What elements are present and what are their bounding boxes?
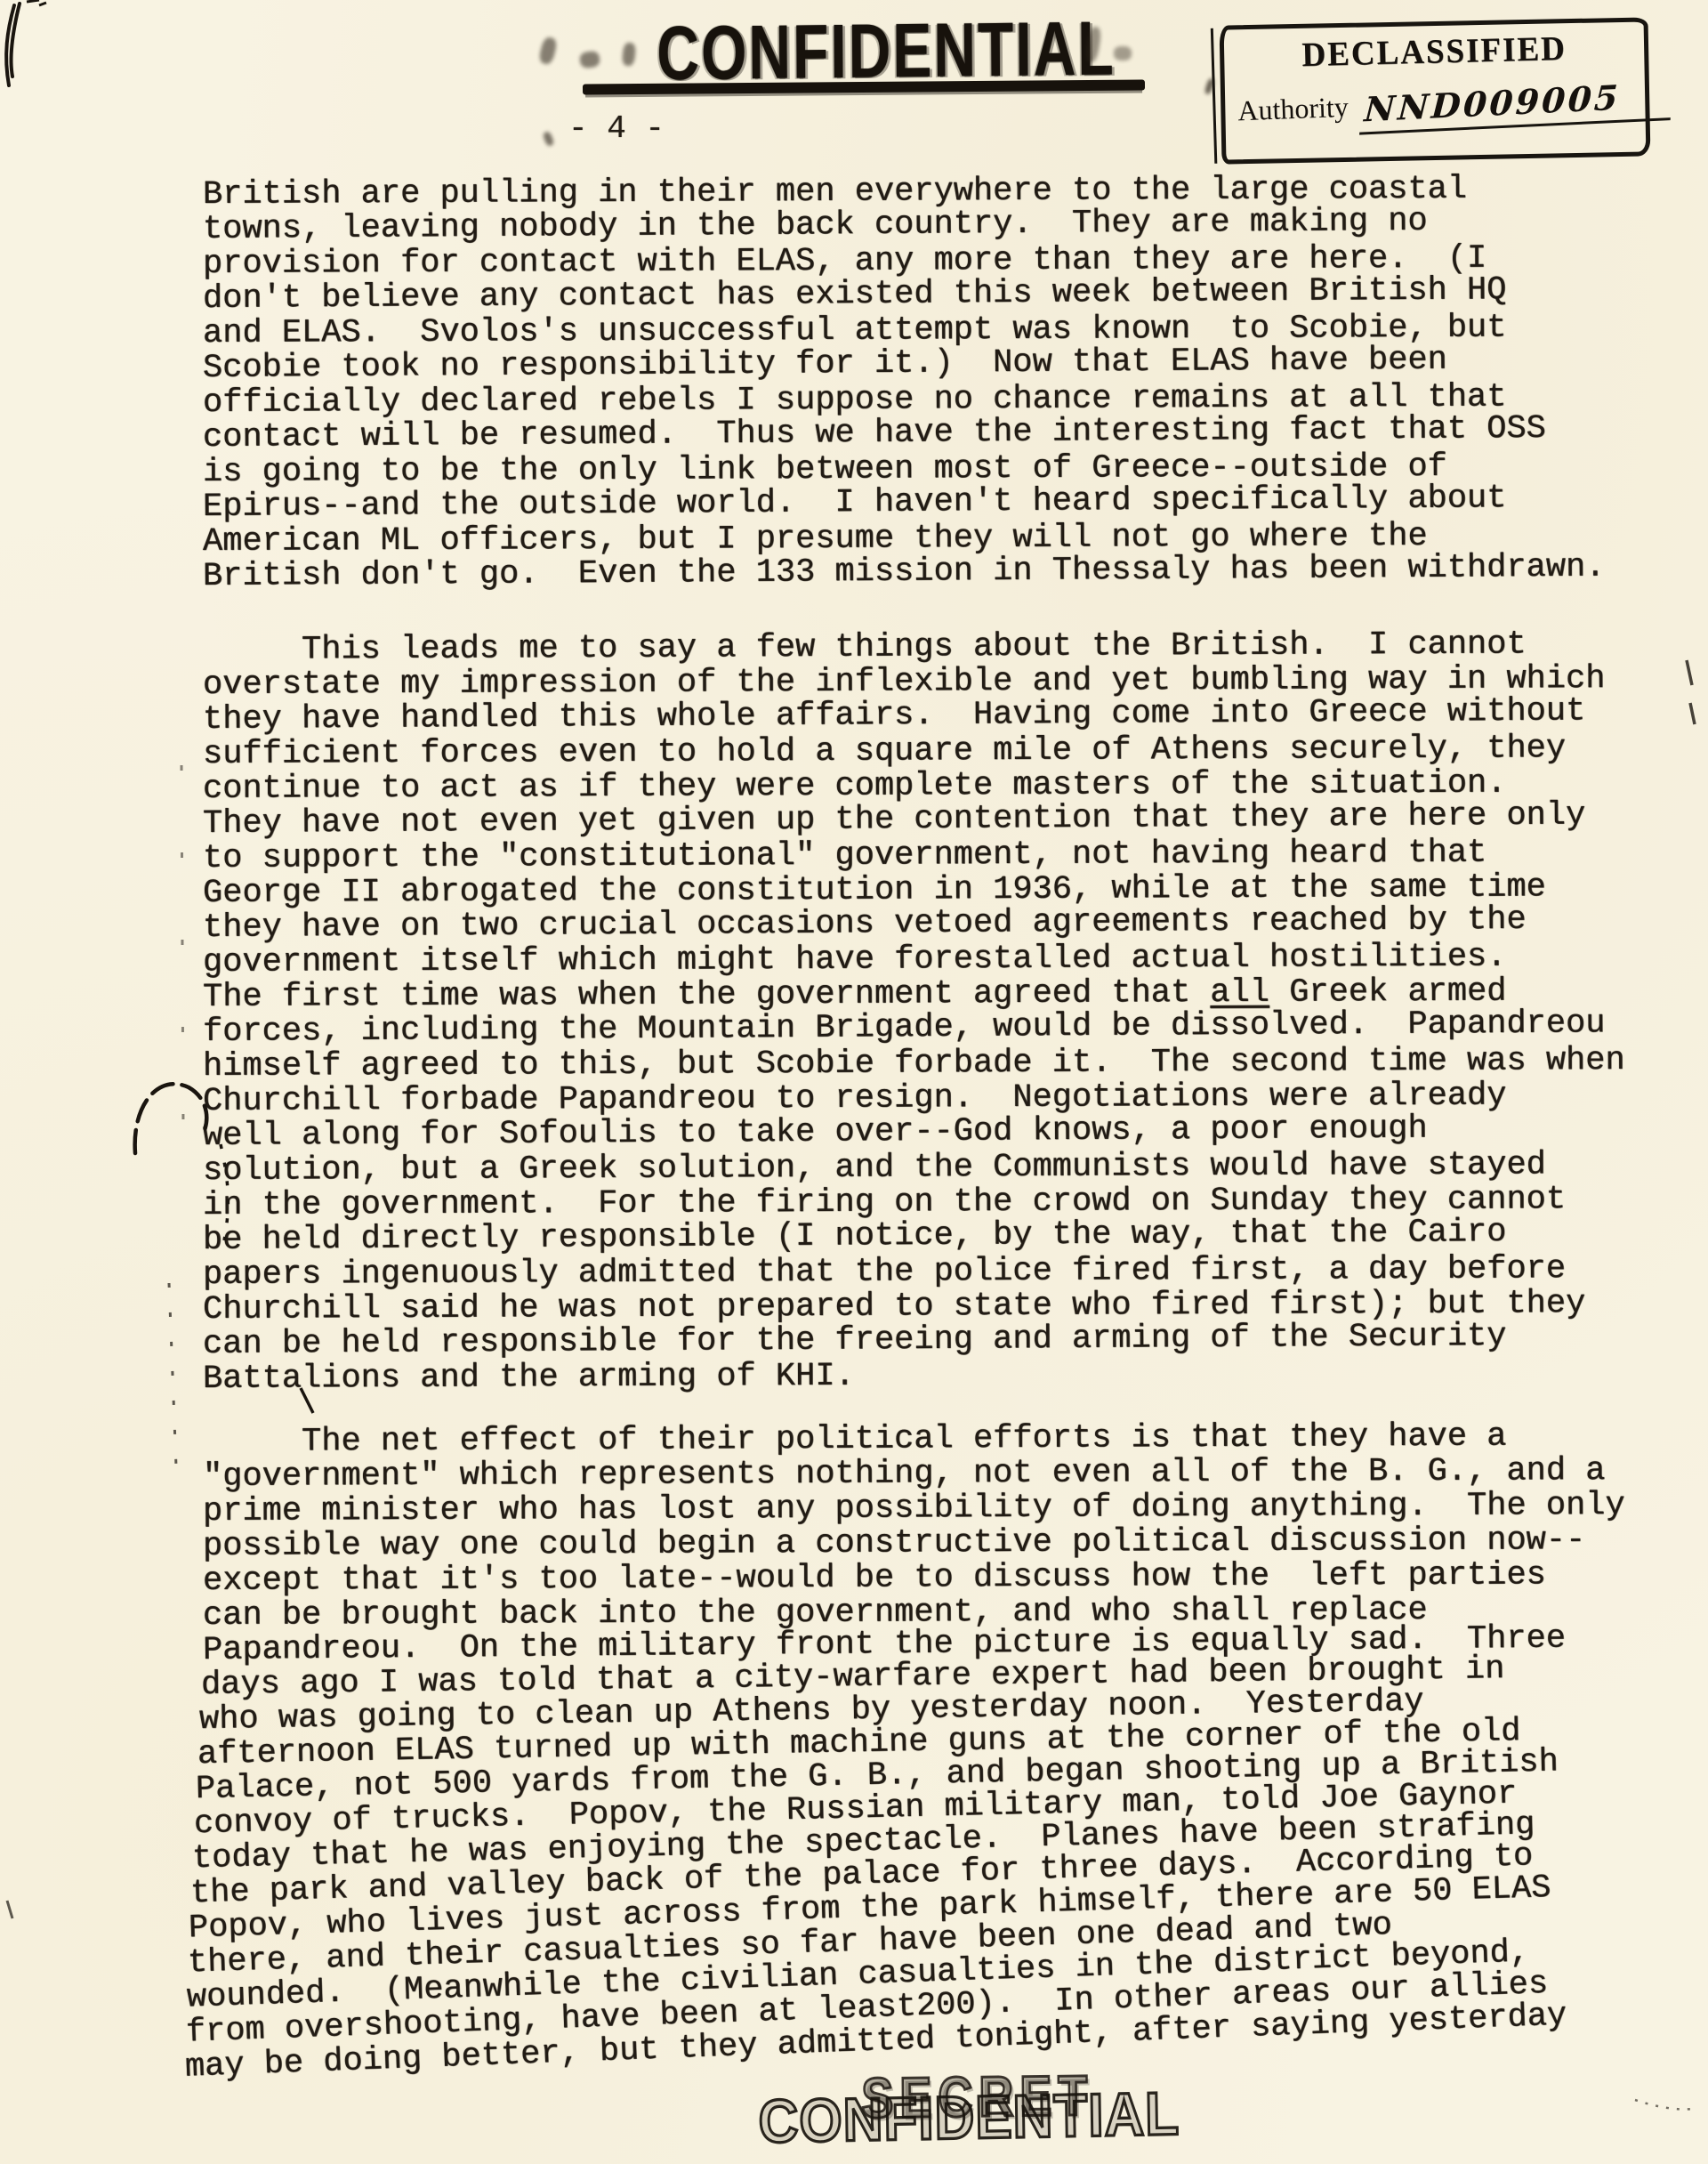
ink-smudge	[579, 51, 600, 69]
authority-value-handwritten: NND009005	[1359, 75, 1673, 135]
paragraph: This leads me to say a few things about …	[203, 634, 1706, 1397]
ink-smudge	[538, 36, 559, 66]
typed-line: Battalions and the arming of KHI.	[203, 1356, 1706, 1397]
dotted-margin-line	[169, 1283, 176, 1466]
dotted-margin-ticks	[181, 765, 183, 1130]
authority-label: Authority	[1237, 91, 1349, 128]
typed-text-block: British are pulling in their men everywh…	[203, 178, 1706, 2085]
document-page: CONFIDENTIAL - 4 - DECLASSIFIED Authorit…	[0, 0, 1708, 2164]
typed-line: British don't go. Even the 133 mission i…	[203, 550, 1706, 594]
page-number: - 4 -	[532, 110, 701, 147]
confidential-stamp-bottom: CONFIDENTIAL	[758, 2079, 1180, 2157]
declassified-authority-row: Authority NND009005	[1237, 79, 1646, 133]
pen-mark-top-left	[6, 4, 20, 85]
underlined-word: all	[1210, 974, 1269, 1012]
pen-hook-mark-left-margin	[135, 1084, 207, 1153]
paragraph: British are pulling in their men everywh…	[203, 178, 1706, 594]
typed-line: can be held responsible for the freeing …	[203, 1319, 1706, 1362]
ink-smudge	[1114, 46, 1132, 61]
ink-smudge	[622, 42, 637, 66]
typed-line: Epirus--and the outside world. I haven't…	[203, 480, 1706, 525]
declassified-title: DECLASSIFIED	[1224, 27, 1645, 77]
pen-mark-top-left-dots	[27, 0, 46, 5]
paragraph: The net effect of their political effort…	[203, 1425, 1706, 2085]
bottom-left-speck	[7, 1901, 12, 1918]
bottom-right-dots	[1635, 2100, 1692, 2110]
typed-line: contact will be resumed. Thus we have th…	[203, 411, 1706, 456]
declassified-stamp-box: DECLASSIFIED Authority NND009005	[1220, 17, 1651, 164]
